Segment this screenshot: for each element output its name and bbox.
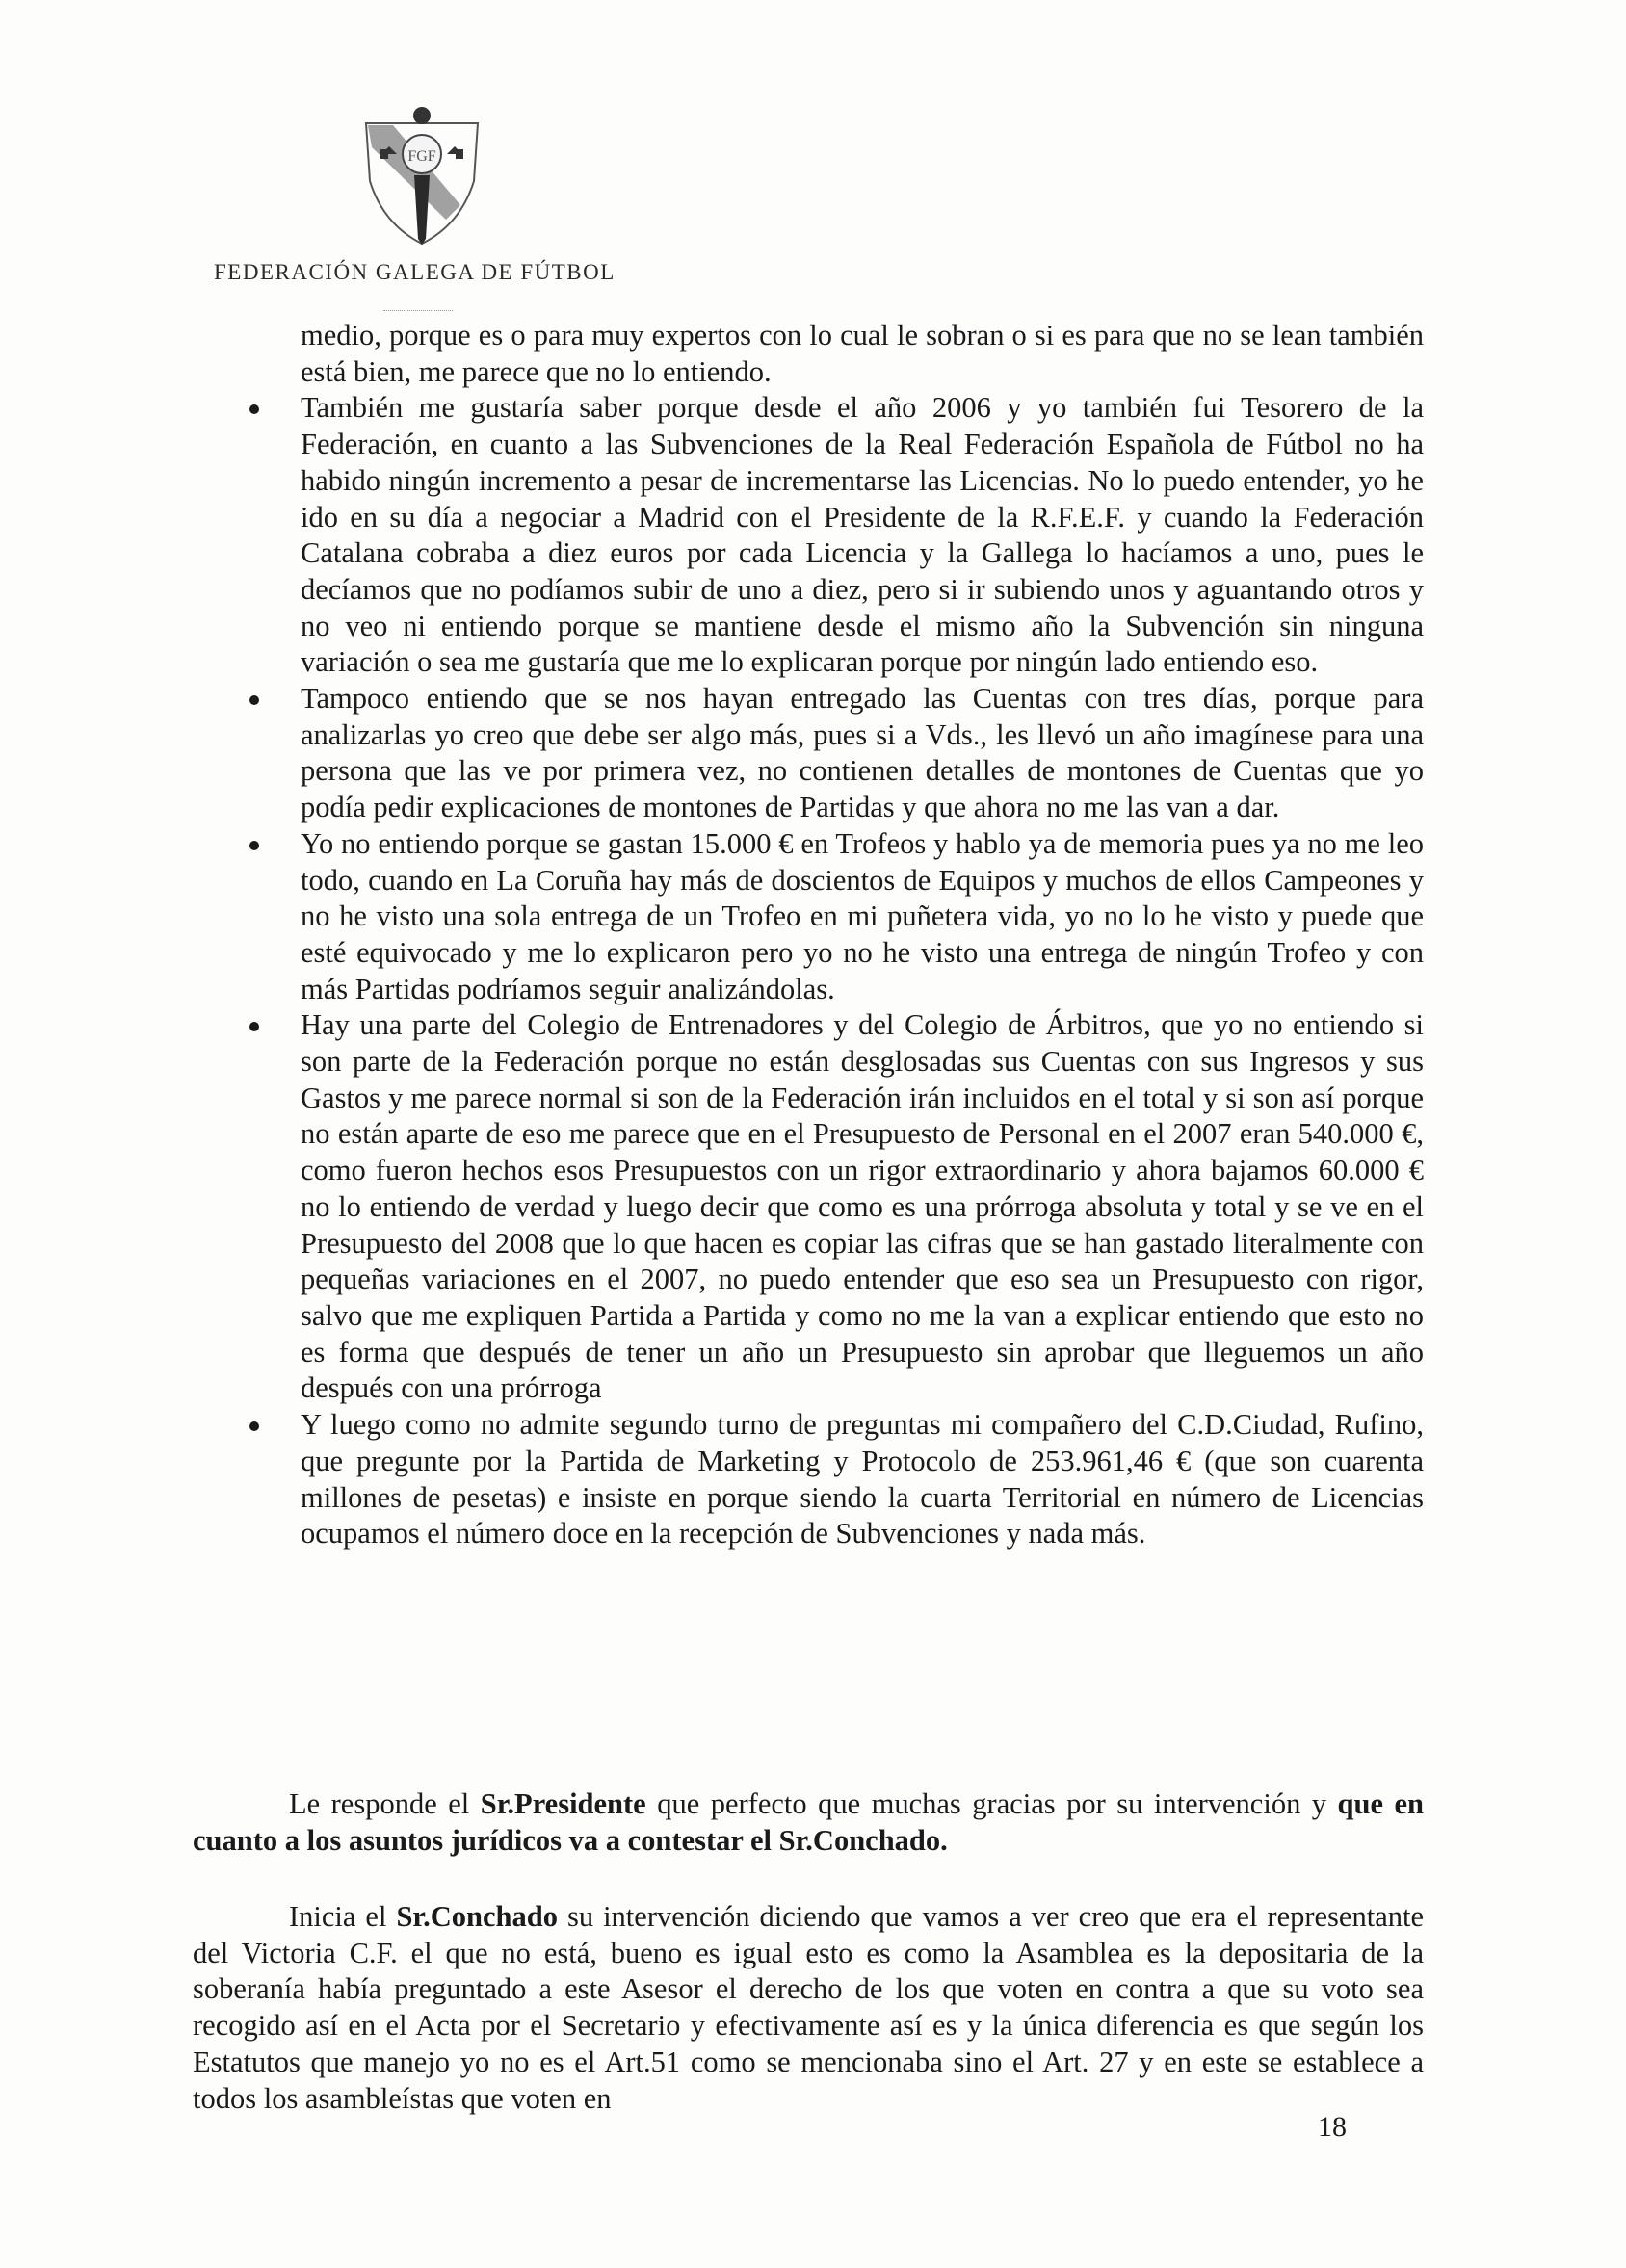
speaker-president: Sr.Presidente <box>481 1787 646 1820</box>
bullet-icon <box>249 404 259 414</box>
list-item-text: También me gustaría saber porque desde e… <box>301 391 1424 678</box>
list-item-text: Tampoco entiendo que se nos hayan entreg… <box>301 682 1424 823</box>
document-body: medio, porque es o para muy expertos con… <box>301 318 1424 1552</box>
president-reply-paragraph: Le responde el Sr.Presidente que perfect… <box>193 1786 1424 1859</box>
organization-name: FEDERACIÓN GALEGA DE FÚTBOL <box>214 260 616 285</box>
list-item-text: Yo no entiendo porque se gastan 15.000 €… <box>301 827 1424 1005</box>
speaker-conchado: Sr.Conchado <box>396 1900 558 1933</box>
bullet-list: También me gustaría saber porque desde e… <box>301 390 1424 1552</box>
bullet-icon <box>249 1022 259 1031</box>
bullet-icon <box>249 695 259 705</box>
list-item: También me gustaría saber porque desde e… <box>301 390 1424 681</box>
scan-artifact-divider <box>383 310 453 311</box>
bullet-icon <box>249 1421 259 1431</box>
page-number: 18 <box>1318 2111 1347 2144</box>
president-reply-intro: Le responde el <box>193 1787 481 1820</box>
list-item-text: Hay una parte del Colegio de Entrenadore… <box>301 1008 1424 1404</box>
list-item: Hay una parte del Colegio de Entrenadore… <box>301 1007 1424 1407</box>
federation-shield-logo-icon: FGF <box>354 104 489 248</box>
president-reply-text: que perfecto que muchas gracias por su i… <box>646 1787 1338 1820</box>
list-item: Tampoco entiendo que se nos hayan entreg… <box>301 681 1424 826</box>
list-item: Yo no entiendo porque se gastan 15.000 €… <box>301 826 1424 1008</box>
bullet-icon <box>249 841 259 850</box>
conchado-intervention-paragraph: Inicia el Sr.Conchado su intervención di… <box>193 1899 1424 2117</box>
conchado-intro: Inicia el <box>193 1900 396 1933</box>
continuation-paragraph: medio, porque es o para muy expertos con… <box>301 318 1424 390</box>
list-item: Y luego como no admite segundo turno de … <box>301 1407 1424 1552</box>
svg-text:FGF: FGF <box>407 148 435 165</box>
list-item-text: Y luego como no admite segundo turno de … <box>301 1408 1424 1550</box>
